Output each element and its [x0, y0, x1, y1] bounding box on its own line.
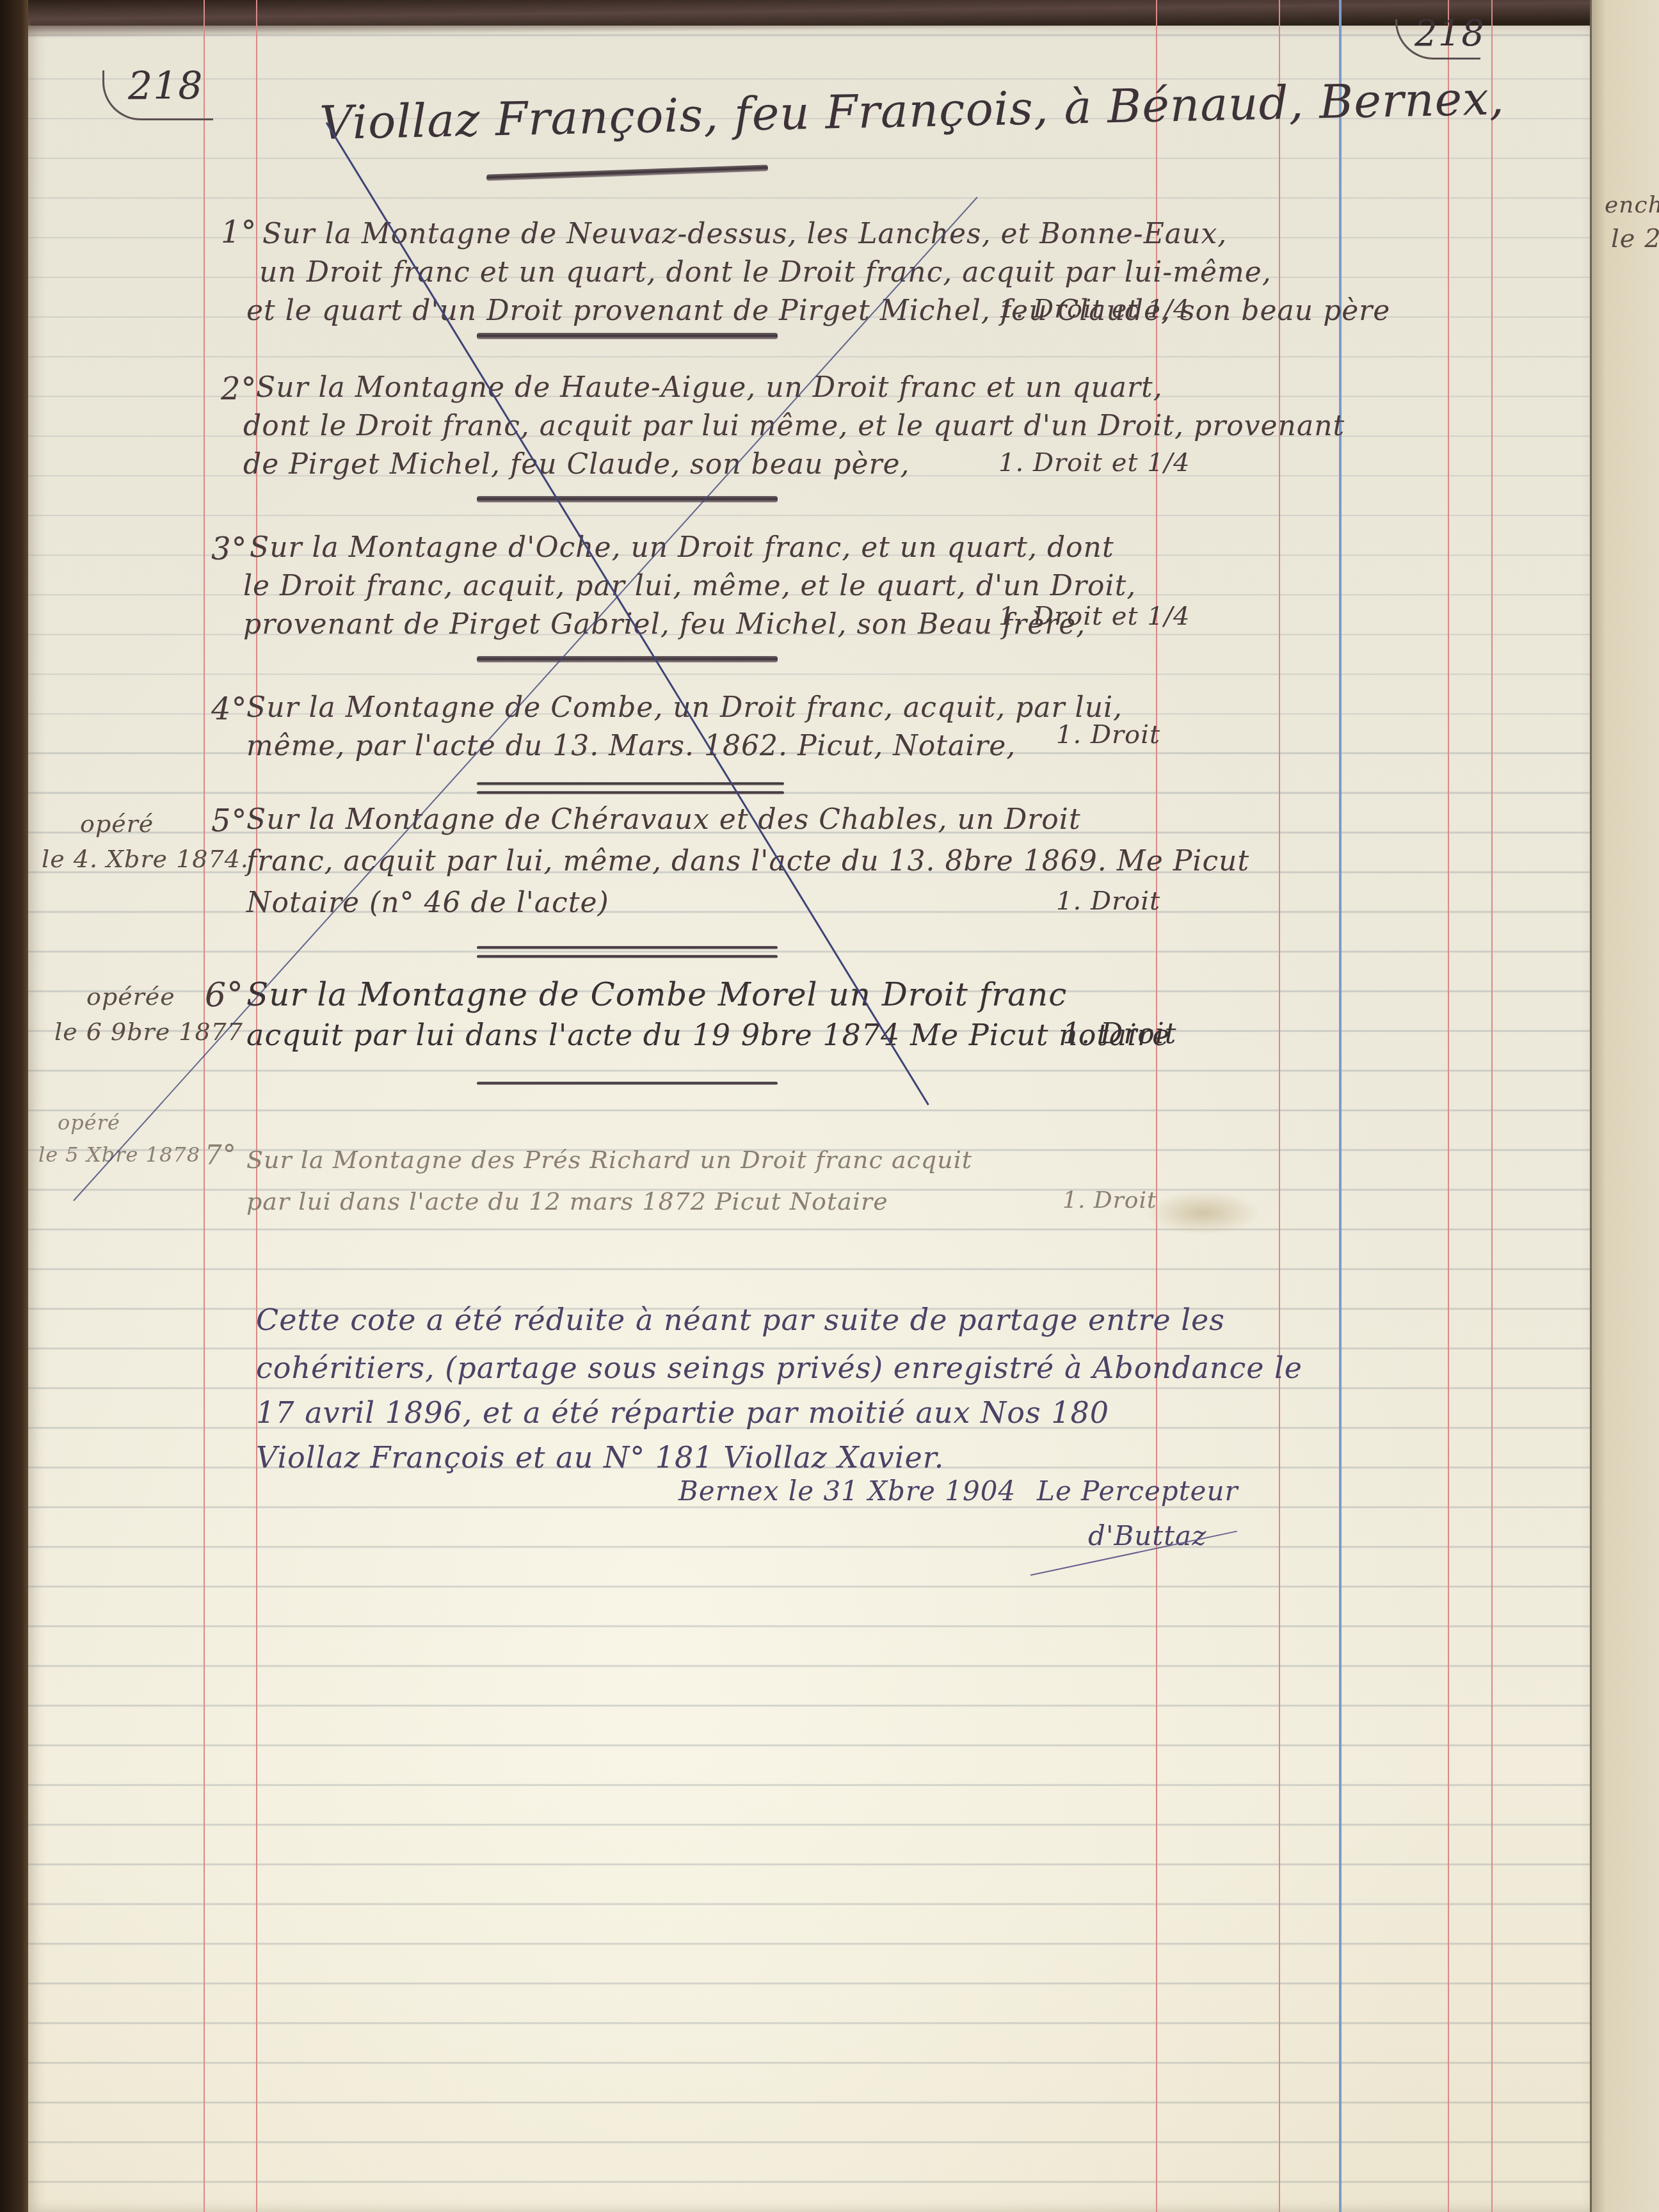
- entry-number: 5°: [211, 803, 248, 839]
- entry-number: 7°: [205, 1139, 237, 1171]
- entry-line: le Droit franc, acquit, par lui, même, e…: [243, 570, 1136, 602]
- entry-amount: 1. Droit: [1056, 720, 1160, 749]
- entry-separator: [477, 656, 778, 662]
- right-margin-line-2: [1491, 0, 1493, 2212]
- entry-line: provenant de Pirget Gabriel, feu Michel,…: [243, 608, 1086, 641]
- entry-number: 4°: [211, 691, 248, 727]
- entry-amount: 1. Droit: [1056, 886, 1160, 916]
- entry-separator: [477, 1082, 778, 1085]
- entry-separator: [477, 496, 778, 502]
- entry-line: Notaire (n° 46 de l'acte): [246, 886, 609, 919]
- entry-line: Sur la Montagne de Haute-Aigue, un Droit…: [256, 371, 1163, 404]
- closing-line: 17 avril 1896, et a été répartie par moi…: [256, 1395, 1109, 1430]
- entry-line: Sur la Montagne d'Oche, un Droit franc, …: [250, 531, 1114, 564]
- right-margin-line-1: [1448, 0, 1449, 2212]
- page-number-flourish: [102, 70, 213, 120]
- facing-page-edge: enchan le 20.: [1590, 0, 1659, 2212]
- amount-column-line-1: [1156, 0, 1157, 2212]
- entry-separator-double-top: [477, 946, 778, 949]
- eraser-smudge: [1146, 1190, 1261, 1235]
- entry-line: Sur la Montagne de Chéravaux et des Chab…: [246, 803, 1081, 836]
- left-margin-line-1: [204, 0, 205, 2212]
- entry-number: 6°: [205, 976, 244, 1014]
- entry-amount: 1. Droit et 1/4: [998, 294, 1190, 324]
- book-binding: [0, 0, 31, 2212]
- entry-line: acquit par lui dans l'acte du 19 9bre 18…: [246, 1018, 1170, 1052]
- left-margin-line-2: [256, 0, 257, 2212]
- entry-amount: 1. Droit: [1062, 1187, 1157, 1214]
- entry-amount: 1. Droit et 1/4: [998, 602, 1190, 631]
- entry-amount: 1. Droit: [1062, 1018, 1177, 1050]
- entry-line: par lui dans l'acte du 12 mars 1872 Picu…: [246, 1187, 888, 1215]
- entry-line: même, par l'acte du 13. Mars. 1862. Picu…: [246, 730, 1016, 762]
- entry-separator: [477, 333, 778, 339]
- entry-number: 2°: [221, 371, 257, 407]
- entry-separator-double-top: [477, 782, 784, 785]
- margin-note-operated: opérée: [86, 982, 175, 1011]
- ruled-lines: [28, 26, 1590, 2212]
- entry-line: Sur la Montagne de Combe Morel un Droit …: [246, 976, 1067, 1013]
- signature-title: Le Percepteur: [1037, 1475, 1238, 1507]
- entry-line: franc, acquit par lui, même, dans l'acte…: [246, 845, 1249, 878]
- facing-margin-line-2: le 20.: [1611, 224, 1659, 253]
- closing-line: cohéritiers, (partage sous seings privés…: [256, 1350, 1302, 1385]
- signature: d'Buttaz: [1088, 1520, 1206, 1551]
- entry-number: 1°: [221, 214, 257, 250]
- amount-column-line-2: [1279, 0, 1280, 2212]
- entry-line: Sur la Montagne de Neuvaz-dessus, les La…: [262, 218, 1227, 250]
- closing-line: Cette cote a été réduite à néant par sui…: [256, 1302, 1225, 1337]
- margin-note-operated: opéré: [58, 1110, 120, 1135]
- entry-line: dont le Droit franc, acquit par lui même…: [243, 410, 1345, 442]
- facing-margin-line-1: enchan: [1605, 192, 1659, 218]
- entry-line: et le quart d'un Droit provenant de Pirg…: [246, 294, 1390, 327]
- closing-place-date: Bernex le 31 Xbre 1904: [678, 1475, 1016, 1507]
- entry-amount: 1. Droit et 1/4: [998, 448, 1190, 477]
- margin-note-date: le 4. Xbre 1874.: [42, 845, 249, 873]
- entry-separator-double-bottom: [477, 955, 778, 958]
- closing-line: Viollaz François et au N° 181 Viollaz Xa…: [256, 1440, 944, 1475]
- margin-note-date: le 5 Xbre 1878: [38, 1142, 200, 1167]
- entry-number: 3°: [211, 531, 248, 567]
- entry-line: Sur la Montagne des Prés Richard un Droi…: [246, 1146, 972, 1174]
- blue-column-line: [1339, 0, 1342, 2212]
- margin-note-operated: opéré: [80, 810, 154, 838]
- entry-line: de Pirget Michel, feu Claude, son beau p…: [243, 448, 910, 481]
